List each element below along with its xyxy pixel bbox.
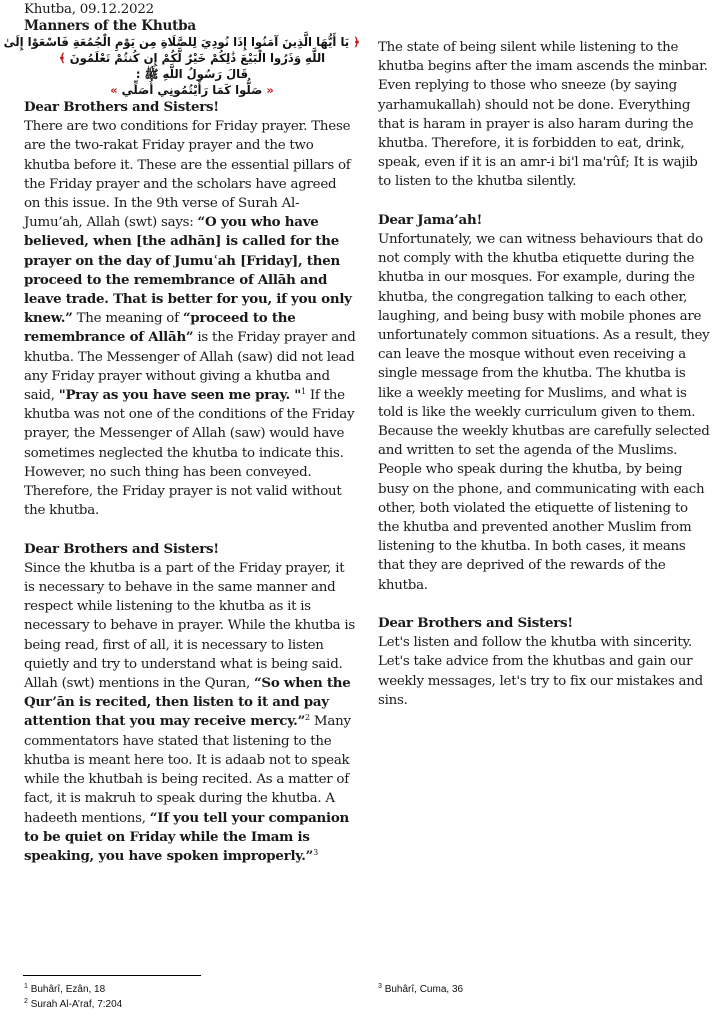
document-title: Manners of the Khutba (24, 18, 356, 34)
section-heading: Dear Brothers and Sisters! (378, 614, 710, 633)
paragraph-conclusion: Let's listen and follow the khutba with … (378, 633, 710, 710)
ornate-bracket-close: ﴾ (59, 51, 66, 65)
footnote-1: 1 Buhârî, Ezân, 18 (24, 983, 105, 997)
paragraph-conditions: There are two conditions for Friday pray… (24, 117, 356, 520)
arabic-verse-line-2: اللَّهِ وَذَرُوا الْبَيْعَ ذَٰلِكُمْ خَي… (24, 50, 360, 66)
guillemet-open: « (266, 83, 274, 97)
right-column: The state of being silent while listenin… (378, 38, 710, 710)
footnote-ref-3[interactable]: 3 (313, 848, 318, 857)
guillemet-close: » (110, 83, 118, 97)
section-heading: Dear Brothers and Sisters! (24, 98, 356, 117)
document-page: Khutba, 09.12.2022 Manners of the Khutba… (0, 0, 724, 1024)
section-heading: Dear Brothers and Sisters! (24, 540, 356, 559)
hadith-quote: "Pray as you have seen me pray. " (59, 387, 301, 403)
section-heading: Dear Jama’ah! (378, 211, 710, 230)
footnote-3: 3 Buhârî, Cuma, 36 (378, 983, 463, 997)
khutba-date: Khutba, 09.12.2022 (24, 2, 356, 18)
arabic-verse-block: ﴿ يَا أَيُّهَا الَّذِينَ آمَنُوا إِذَا ن… (24, 34, 360, 98)
ornate-bracket-open: ﴿ (353, 35, 360, 49)
paragraph-behaviour: Since the khutba is a part of the Friday… (24, 559, 356, 866)
arabic-hadith-intro: قَالَ رَسُولُ اللَّهِ ﷺ : (24, 66, 360, 82)
footnote-separator (23, 975, 201, 976)
left-column: Khutba, 09.12.2022 Manners of the Khutba… (24, 2, 356, 866)
arabic-verse-line-1: ﴿ يَا أَيُّهَا الَّذِينَ آمَنُوا إِذَا ن… (24, 34, 360, 50)
arabic-hadith: « صَلُّوا كَمَا رَأَيْتُمُونِي أُصَلِّي … (24, 82, 360, 98)
paragraph-etiquette: Unfortunately, we can witness behaviours… (378, 230, 710, 595)
paragraph-silence: The state of being silent while listenin… (378, 38, 710, 192)
footnote-2: 2 Surah Al-A’raf, 7:204 (24, 998, 122, 1012)
